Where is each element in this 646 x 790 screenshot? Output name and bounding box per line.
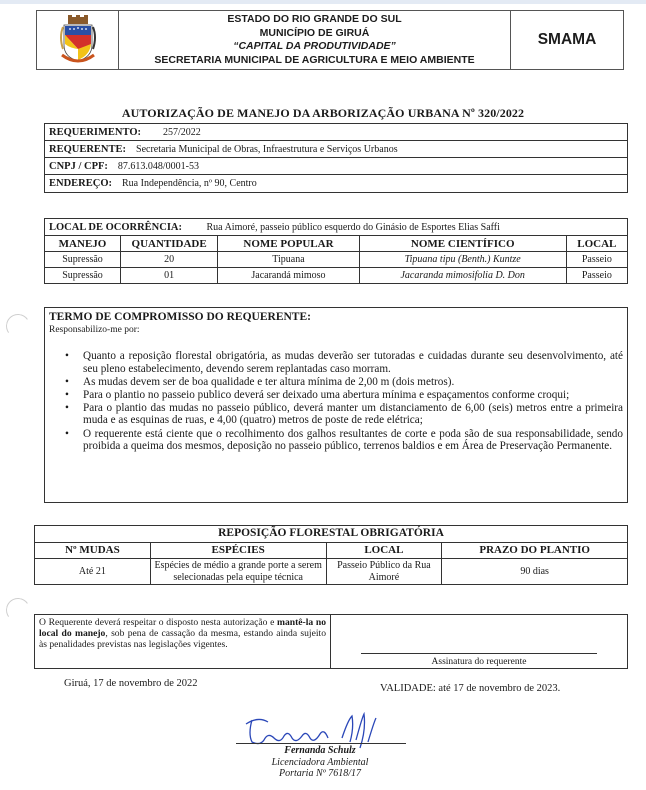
cell-nome-cientifico: Jacaranda mimosifolia D. Don	[359, 268, 566, 284]
bullet-icon: •	[65, 428, 69, 441]
commitment-terms: TERMO DE COMPROMISSO DO REQUERENTE: Resp…	[44, 307, 628, 503]
info-label: REQUERIMENTO:	[49, 127, 141, 138]
info-value: Rua Independência, nº 90, Centro	[122, 178, 257, 189]
cell-local: Passeio Público da Rua Aimoré	[326, 559, 442, 585]
cell-nome-cientifico: Tipuana tipu (Benth.) Kuntze	[359, 252, 566, 268]
cell-prazo: 90 dias	[442, 559, 628, 585]
letterhead-title: ESTADO DO RIO GRANDE DO SUL MUNICÍPIO DE…	[119, 11, 511, 69]
table-row: Supressão 01 Jacarandá mimoso Jacaranda …	[45, 268, 628, 284]
obligation-box: O Requerente deverá respeitar o disposto…	[34, 614, 628, 669]
terms-item: •Para o plantio das mudas no passeio púb…	[65, 402, 623, 427]
bullet-icon: •	[65, 402, 69, 415]
signature-caption: Assinatura do requerente	[331, 657, 627, 667]
info-row-cnpj: CNPJ / CPF: 87.613.048/0001-53	[45, 158, 627, 175]
info-value: 87.613.048/0001-53	[118, 161, 199, 172]
bullet-icon: •	[65, 350, 69, 363]
column-header: LOCAL	[326, 543, 442, 559]
signer-portaria: Portaria Nº 7618/17	[220, 768, 420, 780]
bullet-icon: •	[65, 389, 69, 402]
column-header: ESPÉCIES	[150, 543, 326, 559]
obligation-text: O Requerente deverá respeitar o disposto…	[35, 615, 331, 668]
top-strip	[0, 0, 646, 4]
info-label: CNPJ / CPF:	[49, 161, 108, 172]
signer-role: Licenciadora Ambiental	[220, 757, 420, 769]
issue-date: Giruá, 17 de novembro de 2022	[64, 678, 198, 689]
info-row-requerente: REQUERENTE: Secretaria Municipal de Obra…	[45, 141, 627, 158]
hole-punch-mark	[4, 312, 32, 340]
letterhead: ESTADO DO RIO GRANDE DO SUL MUNICÍPIO DE…	[36, 10, 624, 70]
coat-of-arms-icon	[56, 15, 100, 65]
table-header-row: MANEJO QUANTIDADE NOME POPULAR NOME CIEN…	[45, 236, 628, 252]
logo-cell	[37, 11, 119, 69]
cell-especies: Espécies de médio a grande porte a serem…	[150, 559, 326, 585]
terms-list: •Quanto a reposição florestal obrigatóri…	[49, 350, 623, 453]
occurrence-location-row: LOCAL DE OCORRÊNCIA: Rua Aimoré, passeio…	[45, 219, 628, 236]
column-header: QUANTIDADE	[121, 236, 218, 252]
reforestation-title-row: REPOSIÇÃO FLORESTAL OBRIGATÓRIA	[35, 526, 628, 543]
municipality-name: MUNICÍPIO DE GIRUÁ	[260, 27, 370, 41]
terms-title: TERMO DE COMPROMISSO DO REQUERENTE:	[49, 311, 623, 324]
reforestation-title: REPOSIÇÃO FLORESTAL OBRIGATÓRIA	[35, 526, 628, 543]
reforestation-table: REPOSIÇÃO FLORESTAL OBRIGATÓRIA Nº MUDAS…	[34, 525, 628, 585]
document-title: AUTORIZAÇÃO DE MANEJO DA ARBORIZAÇÃO URB…	[0, 106, 646, 121]
cell-nome-popular: Tipuana	[218, 252, 360, 268]
cell-manejo: Supressão	[45, 252, 121, 268]
column-header: Nº MUDAS	[35, 543, 151, 559]
column-header: PRAZO DO PLANTIO	[442, 543, 628, 559]
signature-line	[361, 653, 597, 654]
cell-mudas: Até 21	[35, 559, 151, 585]
municipality-slogan: “CAPITAL DA PRODUTIVIDADE”	[233, 40, 396, 54]
cell-local: Passeio	[566, 268, 627, 284]
bullet-icon: •	[65, 376, 69, 389]
table-row: Até 21 Espécies de médio a grande porte …	[35, 559, 628, 585]
signer-signature-line	[236, 743, 406, 744]
applicant-info: REQUERIMENTO: 257/2022 REQUERENTE: Secre…	[44, 123, 628, 193]
info-label: REQUERENTE:	[49, 144, 126, 155]
terms-item: •Para o plantio no passeio publico dever…	[65, 389, 623, 402]
occurrence-label: LOCAL DE OCORRÊNCIA:	[49, 222, 182, 233]
occurrence-table: LOCAL DE OCORRÊNCIA: Rua Aimoré, passeio…	[44, 218, 628, 284]
secretariat-name: SECRETARIA MUNICIPAL DE AGRICULTURA E ME…	[154, 54, 474, 68]
cell-local: Passeio	[566, 252, 627, 268]
cell-quantidade: 20	[121, 252, 218, 268]
column-header: NOME POPULAR	[218, 236, 360, 252]
cell-nome-popular: Jacarandá mimoso	[218, 268, 360, 284]
info-value: 257/2022	[163, 127, 201, 138]
terms-item: •Quanto a reposição florestal obrigatóri…	[65, 350, 623, 375]
column-header: NOME CIENTÍFICO	[359, 236, 566, 252]
info-row-endereco: ENDEREÇO: Rua Independência, nº 90, Cent…	[45, 175, 627, 192]
signer-name: Fernanda Schulz	[220, 745, 420, 757]
info-row-requerimento: REQUERIMENTO: 257/2022	[45, 124, 627, 141]
terms-item: •As mudas devem ser de boa qualidade e t…	[65, 376, 623, 389]
hole-punch-mark	[4, 596, 32, 624]
column-header: MANEJO	[45, 236, 121, 252]
terms-item: •O requerente está ciente que o recolhim…	[65, 428, 623, 453]
validity-date: VALIDADE: até 17 de novembro de 2023.	[380, 683, 560, 694]
department-acronym: SMAMA	[511, 11, 623, 69]
cell-manejo: Supressão	[45, 268, 121, 284]
table-row: Supressão 20 Tipuana Tipuana tipu (Benth…	[45, 252, 628, 268]
info-value: Secretaria Municipal de Obras, Infraestr…	[136, 144, 398, 155]
info-label: ENDEREÇO:	[49, 178, 112, 189]
state-name: ESTADO DO RIO GRANDE DO SUL	[227, 13, 401, 27]
terms-subtitle: Responsabilizo-me por:	[49, 324, 623, 336]
table-header-row: Nº MUDAS ESPÉCIES LOCAL PRAZO DO PLANTIO	[35, 543, 628, 559]
cell-quantidade: 01	[121, 268, 218, 284]
column-header: LOCAL	[566, 236, 627, 252]
occurrence-value: Rua Aimoré, passeio público esquerdo do …	[207, 222, 500, 233]
applicant-signature-area: Assinatura do requerente	[331, 615, 627, 668]
